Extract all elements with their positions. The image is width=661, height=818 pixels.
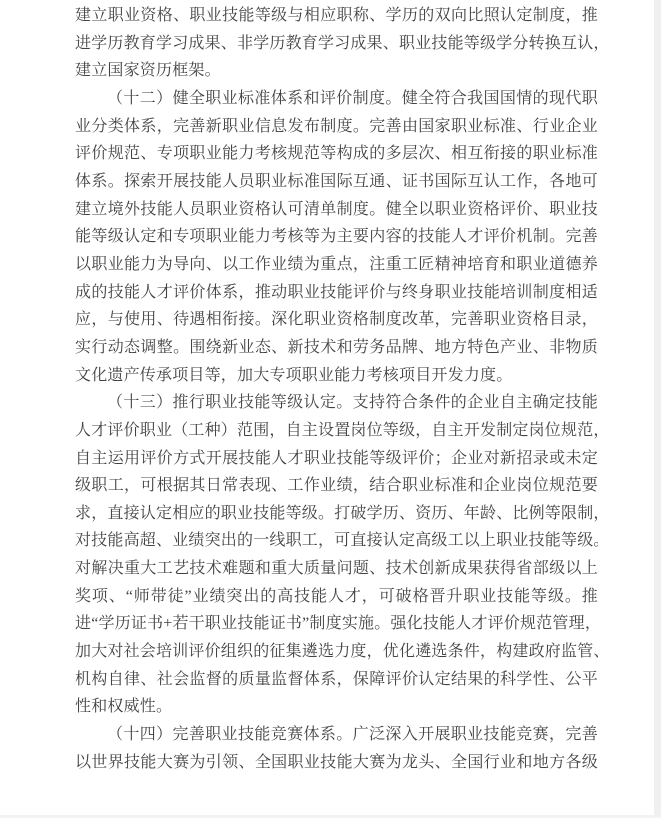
document-line: 进“学历证书+若干职业技能证书”制度实施。强化技能人才评价规范管理，: [75, 610, 598, 638]
document-line: 成的技能人才评价体系，推动职业技能评价与终身职业技能培训制度相适: [75, 279, 598, 307]
document-line: 评价规范、专项职业能力考核规范等构成的多层次、相互衔接的职业标准: [75, 140, 598, 168]
document-line: 对解决重大工艺技术难题和重大质量问题、技术创新成果获得省部级以上: [75, 555, 598, 583]
document-line: 求，直接认定相应的职业技能等级。打破学历、资历、年龄、比例等限制，: [75, 500, 598, 528]
document-line: 机构自律、社会监督的质量监督体系，保障评价认定结果的科学性、公平: [75, 666, 598, 694]
document-line: 以职业能力为导向、以工作业绩为重点，注重工匠精神培育和职业道德养: [75, 251, 598, 279]
document-line: 性和权威性。: [75, 693, 598, 721]
document-line: 建立国家资历框架。: [75, 57, 598, 85]
document-line: 加大对社会培训评价组织的征集遴选力度，优化遴选条件，构建政府监管、: [75, 638, 598, 666]
document-line: 能等级认定和专项职业能力考核等为主要内容的技能人才评价机制。完善: [75, 223, 598, 251]
document-line: 体系。探索开展技能人员职业标准国际互通、证书国际互认工作，各地可: [75, 168, 598, 196]
document-text-body: 建立职业资格、职业技能等级与相应职称、学历的双向比照认定制度，推进学历教育学习成…: [0, 0, 661, 776]
document-line: 自主运用评价方式开展技能人才职业技能等级评价；企业对新招录或未定: [75, 445, 598, 473]
document-line: 实行动态调整。围绕新业态、新技术和劳务品牌、地方特色产业、非物质: [75, 334, 598, 362]
document-line: 业分类体系，完善新职业信息发布制度。完善由国家职业标准、行业企业: [75, 113, 598, 141]
document-line: 建立职业资格、职业技能等级与相应职称、学历的双向比照认定制度，推: [75, 2, 598, 30]
document-page: 建立职业资格、职业技能等级与相应职称、学历的双向比照认定制度，推进学历教育学习成…: [0, 0, 661, 818]
document-line: 进学历教育学习成果、非学历教育学习成果、职业技能等级学分转换互认，: [75, 30, 598, 58]
document-line: 对技能高超、业绩突出的一线职工，可直接认定高级工以上职业技能等级。: [75, 527, 598, 555]
document-line: 建立境外技能人员职业资格认可清单制度。健全以职业资格评价、职业技: [75, 196, 598, 224]
page-right-edge: [654, 0, 661, 818]
document-line: （十二）健全职业标准体系和评价制度。健全符合我国国情的现代职: [75, 85, 598, 113]
document-line: 文化遗产传承项目等，加大专项职业能力考核项目开发力度。: [75, 362, 598, 390]
document-line: 奖项、“师带徒”业绩突出的高技能人才，可破格晋升职业技能等级。推: [75, 583, 598, 611]
document-line: 应，与使用、待遇相衔接。深化职业资格制度改革，完善职业资格目录，: [75, 306, 598, 334]
document-line: 以世界技能大赛为引领、全国职业技能大赛为龙头、全国行业和地方各级: [75, 749, 598, 777]
document-line: 级职工，可根据其日常表现、工作业绩，结合职业标准和企业岗位规范要: [75, 472, 598, 500]
document-line: （十三）推行职业技能等级认定。支持符合条件的企业自主确定技能: [75, 389, 598, 417]
document-line: 人才评价职业（工种）范围，自主设置岗位等级，自主开发制定岗位规范，: [75, 417, 598, 445]
document-line: （十四）完善职业技能竞赛体系。广泛深入开展职业技能竞赛，完善: [75, 721, 598, 749]
